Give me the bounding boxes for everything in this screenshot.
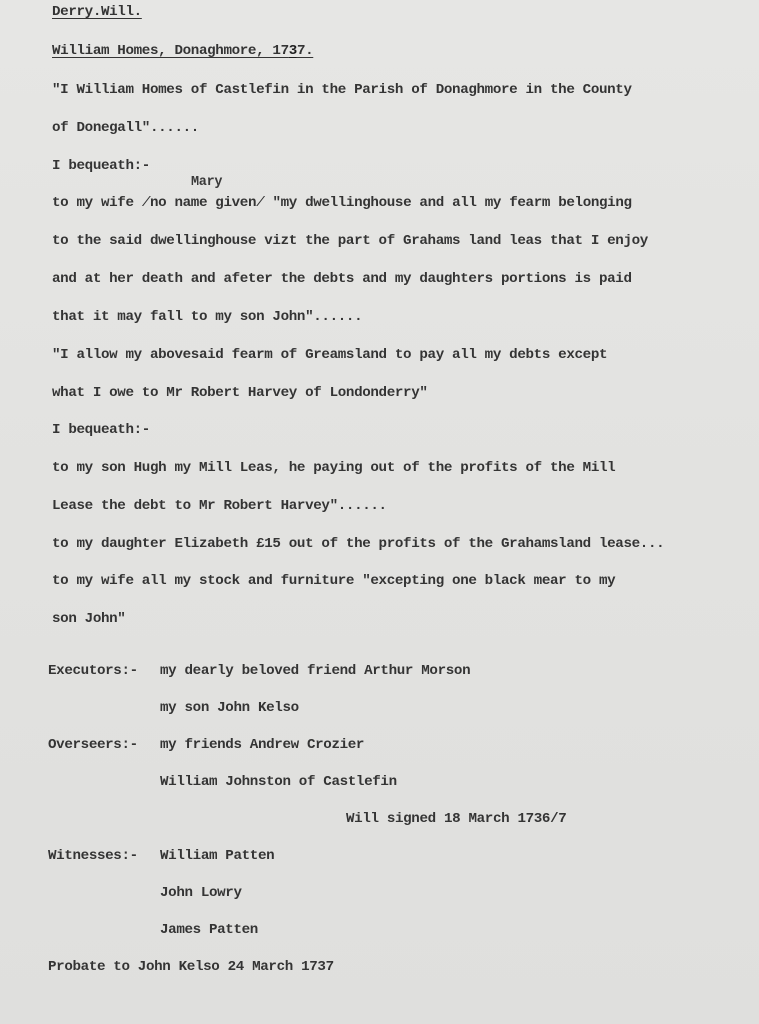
will-title-prefix: William Homes, Donaghmore, 17 [52,43,289,59]
collection-heading: Derry.Will. [52,3,142,21]
will-title: William Homes, Donaghmore, 1737. [52,42,313,60]
witnesses-label: Witnesses:- [48,847,138,865]
body-line-10: to my son Hugh my Mill Leas, he paying o… [52,459,615,477]
will-title-suffix: 7. [297,43,313,59]
body-line-2: of Donegall"...... [52,119,199,137]
overseer-1: my friends Andrew Crozier [160,736,364,754]
probate-line: Probate to John Kelso 24 March 1737 [48,958,334,976]
body-line-4: to the said dwellinghouse vizt the part … [52,232,648,250]
executor-1: my dearly beloved friend Arthur Morson [160,662,470,680]
body-line-7: "I allow my abovesaid fearm of Greamslan… [52,346,607,364]
wife-line-prefix: to my wife [52,195,142,211]
witness-2: John Lowry [160,884,242,902]
body-line-5: and at her death and afeter the debts an… [52,270,632,288]
body-line-1: "I William Homes of Castlefin in the Par… [52,81,632,99]
bequeath-heading-2: I bequeath:- [52,421,150,439]
body-line-13: to my wife all my stock and furniture "e… [52,572,615,590]
executors-label: Executors:- [48,662,138,680]
executor-2: my son John Kelso [160,699,299,717]
body-line-6: that it may fall to my son John"...... [52,308,362,326]
inserted-name-annotation: Mary [191,175,222,190]
bequeath-heading-1: I bequeath:- [52,157,150,175]
will-signed-date: Will signed 18 March 1736/7 [346,810,566,828]
body-line-8: what I owe to Mr Robert Harvey of London… [52,384,428,402]
wife-line-suffix: "my dwellinghouse and all my fearm belon… [264,195,631,211]
witness-1: William Patten [160,847,274,865]
witness-3: James Patten [160,921,258,939]
body-line-12: to my daughter Elizabeth £15 out of the … [52,535,664,553]
wife-bequest-line: to my wife /no name given/ "my dwellingh… [52,194,632,212]
body-line-14: son John" [52,610,125,628]
overseer-2: William Johnston of Castlefin [160,773,397,791]
body-line-11: Lease the debt to Mr Robert Harvey".....… [52,497,387,515]
editorial-bracket-open: / [142,195,150,211]
typed-document-page: Derry.Will. William Homes, Donaghmore, 1… [0,0,759,1024]
editorial-note: no name given [150,195,256,211]
overseers-label: Overseers:- [48,736,138,754]
will-title-year-overstrike: 3 [289,43,297,59]
